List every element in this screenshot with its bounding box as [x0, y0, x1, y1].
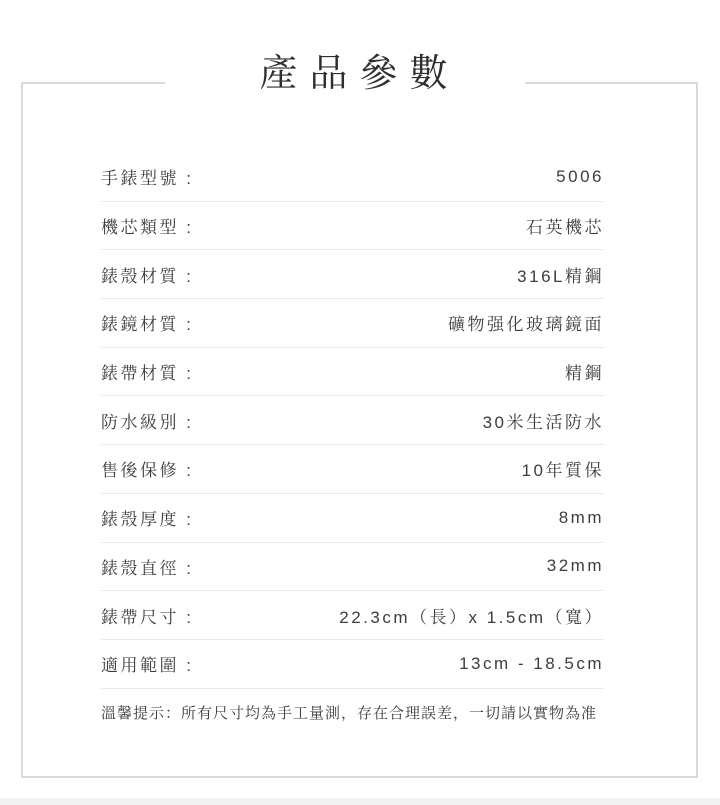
spec-rows: 手錶型號 : 5006 機芯類型 : 石英機芯 錶殼材質 : 316L精鋼 錶鏡…	[101, 153, 604, 689]
spec-label: 錶帶材質 :	[101, 359, 193, 384]
spec-value: 精鋼	[565, 359, 604, 384]
spec-label: 錶殼直徑 :	[101, 554, 193, 579]
spec-value: 22.3cm（長）x 1.5cm（寬）	[339, 603, 604, 628]
spec-row: 售後保修 : 10年質保	[101, 445, 604, 494]
section-divider-band	[0, 798, 720, 805]
spec-row: 錶殼厚度 : 8mm	[101, 494, 604, 543]
note-row: 溫馨提示：所有尺寸均為手工量測，存在合理誤差，一切請以實物為准	[101, 689, 604, 737]
product-parameters-page: 產品參數 手錶型號 : 5006 機芯類型 : 石英機芯 錶殼材質 : 316L…	[0, 0, 720, 805]
product-params-panel: 產品參數 手錶型號 : 5006 機芯類型 : 石英機芯 錶殼材質 : 316L…	[21, 82, 698, 778]
spec-row: 錶殼直徑 : 32mm	[101, 543, 604, 592]
spec-label: 機芯類型 :	[101, 213, 193, 238]
spec-row: 錶帶尺寸 : 22.3cm（長）x 1.5cm（寬）	[101, 591, 604, 640]
spec-value: 316L精鋼	[517, 262, 604, 287]
spec-table: 手錶型號 : 5006 機芯類型 : 石英機芯 錶殼材質 : 316L精鋼 錶鏡…	[23, 84, 696, 737]
spec-row: 手錶型號 : 5006	[101, 153, 604, 202]
spec-label: 防水級別 :	[101, 408, 193, 433]
spec-value: 32mm	[547, 556, 604, 576]
spec-row: 機芯類型 : 石英機芯	[101, 202, 604, 251]
spec-label: 售後保修 :	[101, 456, 193, 481]
spec-row: 防水級別 : 30米生活防水	[101, 396, 604, 445]
note-text: 溫馨提示：所有尺寸均為手工量測，存在合理誤差，一切請以實物為准	[101, 702, 597, 723]
spec-value: 30米生活防水	[483, 408, 604, 433]
spec-label: 錶鏡材質 :	[101, 310, 193, 335]
spec-value: 13cm - 18.5cm	[459, 654, 604, 674]
spec-row: 適用範圍 : 13cm - 18.5cm	[101, 640, 604, 689]
spec-row: 錶殼材質 : 316L精鋼	[101, 250, 604, 299]
spec-label: 錶殼材質 :	[101, 262, 193, 287]
spec-label: 錶帶尺寸 :	[101, 603, 193, 628]
spec-value: 8mm	[559, 508, 604, 528]
spec-value: 石英機芯	[526, 213, 604, 238]
spec-label: 手錶型號 :	[101, 164, 193, 189]
spec-row: 錶帶材質 : 精鋼	[101, 348, 604, 397]
spec-row: 錶鏡材質 : 礦物强化玻璃鏡面	[101, 299, 604, 348]
page-title: 產品參數	[164, 55, 524, 93]
spec-value: 5006	[556, 167, 604, 187]
spec-value: 礦物强化玻璃鏡面	[448, 310, 604, 335]
spec-label: 適用範圍 :	[101, 651, 193, 676]
spec-label: 錶殼厚度 :	[101, 505, 193, 530]
spec-value: 10年質保	[522, 456, 604, 481]
